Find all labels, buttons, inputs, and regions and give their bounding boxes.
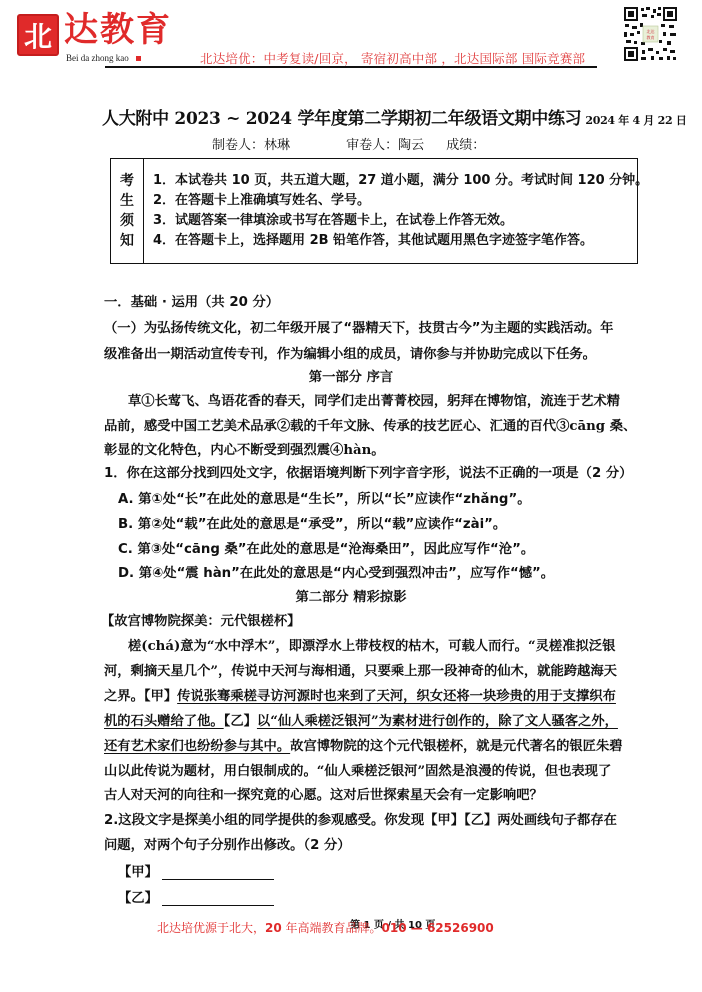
exam-title-text: 人大附中 2023 ~ 2024 学年度第二学期初二年级语文期中练习 <box>102 109 581 129</box>
article-text: 【乙】 <box>224 714 257 729</box>
score-label: 成绩： <box>446 134 485 153</box>
exam-title: 人大附中 2023 ~ 2024 学年度第二学期初二年级语文期中练习2024 年… <box>102 104 687 129</box>
answer-blank-jia[interactable]: 【甲】 <box>118 861 274 880</box>
question-1-option-a: A. 第①处“长”在此处的意思是“生长”，所以“长”应读作“zhǎng”。 <box>118 488 531 507</box>
underlined-sentence-jia: 机的石头赠给了他。 <box>104 714 224 729</box>
answer-line[interactable] <box>162 865 274 880</box>
svg-text:北达: 北达 <box>647 28 655 34</box>
logo-mark: 北 <box>17 14 59 56</box>
article-text: 之界。【甲】 <box>104 689 177 704</box>
intro-line: （一）为弘扬传统文化，初二年级开展了“器精天下，技贯古今”为主题的实践活动。年 <box>104 317 613 336</box>
part1-title: 第一部分 序言 <box>0 366 702 385</box>
notice-list: 1．本试卷共 10 页，共五道大题，27 道小题，满分 100 分。考试时间 1… <box>153 171 648 251</box>
article-line: 槎(chá)意为“水中浮木”，即漂浮水上带枝杈的枯木，可载人而行。“灵槎准拟泛银 <box>128 635 615 654</box>
article-text: 故宫博物院的这个元代银槎杯，就是元代著名的银匠朱碧 <box>290 739 622 754</box>
question-1-option-c: C. 第③处“cāng 桑”在此处的意思是“沧海桑田”，因此应写作“沧”。 <box>118 538 534 557</box>
notice-side-label: 考 生 须 知 <box>111 159 144 263</box>
question-2-stem: 2.这段文字是探美小组的同学提供的参观感受。你发现【甲】【乙】两处画线句子都存在 <box>104 809 617 828</box>
underlined-sentence-jia: 传说张骞乘槎寻访河源时也来到了天河，织女还将一块珍贵的用于支撑织布 <box>177 689 616 704</box>
article-line: 机的石头赠给了他。【乙】以“仙人乘槎泛银河”为素材进行创作的，除了文人骚客之外， <box>104 710 618 729</box>
article-line: 之界。【甲】传说张骞乘槎寻访河源时也来到了天河，织女还将一块珍贵的用于支撑织布 <box>104 685 616 704</box>
exam-authors: 制卷人：林琳 审卷人：陶云 成绩： <box>212 134 485 153</box>
answer-label: 【甲】 <box>118 865 158 880</box>
underlined-sentence-yi: 还有艺术家们也纷纷参与其中。 <box>104 739 290 754</box>
notice-side-char: 须 <box>111 211 143 231</box>
part2-title: 第二部分 精彩掠影 <box>0 586 702 605</box>
article-title: 【故宫博物院探美：元代银槎杯】 <box>101 610 300 629</box>
reviewer-label: 审卷人：陶云 <box>346 134 442 153</box>
logo-subtitle: Bei da zhong kao <box>66 53 129 63</box>
answer-line[interactable] <box>162 891 274 906</box>
underlined-sentence-yi: 以“仙人乘槎泛银河”为素材进行创作的，除了文人骚客之外， <box>257 714 618 729</box>
logo-name: 达教育 <box>64 10 172 50</box>
question-1-stem: 1．你在这部分找到四处文字，依据语境判断下列字音字形，说法不正确的一项是（2 分… <box>104 462 632 481</box>
footer-brand: 北达培优源于北大，20 年高端教育品牌。010 — 62526900 <box>157 919 494 936</box>
svg-text:教育: 教育 <box>647 34 655 40</box>
logo-char: 北 <box>24 15 52 55</box>
notice-side-char: 考 <box>111 171 143 191</box>
article-line: 古人对天河的向往和一探究竟的心愿。这对后世探索星天会有一定影响吧？ <box>104 784 543 803</box>
article-line: 河，剩摘天星几个”，传说中天河与海相通，只要乘上那一段神奇的仙木，就能跨越海天 <box>104 660 617 679</box>
footer-brand-text: 北达培优源于北大， <box>157 921 265 935</box>
author-label: 制卷人：林琳 <box>212 134 342 153</box>
section-heading: 一．基础 · 运用（共 20 分） <box>104 291 279 310</box>
header-divider <box>105 66 597 68</box>
article-line: 还有艺术家们也纷纷参与其中。故宫博物院的这个元代银槎杯，就是元代著名的银匠朱碧 <box>104 735 623 754</box>
preface-line: 品前，感受中国工艺美术品承②载的千年文脉、传承的技艺匠心、汇通的百代③cāng … <box>104 415 636 434</box>
notice-item: 3．试题答案一律填涂或书写在答题卡上，在试卷上作答无效。 <box>153 211 648 231</box>
qr-code-icon: 北达 教育 <box>623 6 678 62</box>
header-slogan: 北达培优：中考复读/回京， 寄宿初高中部 ，北达国际部 国际竞赛部 <box>200 49 585 67</box>
article-line: 山以此传说为题材，用白银制成的。“仙人乘槎泛银河”固然是浪漫的传说，但也表现了 <box>104 760 611 779</box>
answer-blank-yi[interactable]: 【乙】 <box>118 887 274 906</box>
notice-side-char: 知 <box>111 231 143 251</box>
question-1-option-b: B. 第②处“载”在此处的意思是“承受”，所以“载”应读作“zài”。 <box>118 513 506 532</box>
exam-notice-box: 考 生 须 知 1．本试卷共 10 页，共五道大题，27 道小题，满分 100 … <box>110 158 638 264</box>
notice-item: 1．本试卷共 10 页，共五道大题，27 道小题，满分 100 分。考试时间 1… <box>153 171 648 191</box>
notice-item: 2．在答题卡上准确填写姓名、学号。 <box>153 191 648 211</box>
preface-line: 草①长莺飞、鸟语花香的春天，同学们走出菁菁校园，躬拜在博物馆，流连于艺术精 <box>128 390 620 409</box>
notice-side-char: 生 <box>111 191 143 211</box>
preface-line: 彰显的文化特色，内心不断受到强烈震④hàn。 <box>104 439 385 458</box>
exam-date: 2024 年 4 月 22 日 <box>585 114 686 127</box>
intro-line: 级准备出一期活动宣传专刊，作为编辑小组的成员，请你参与并协助完成以下任务。 <box>104 343 596 362</box>
notice-item: 4．在答题卡上，选择题用 2B 铅笔作答，其他试题用黑色字迹签字笔作答。 <box>153 231 648 251</box>
footer-brand-years: 20 <box>265 921 282 935</box>
answer-label: 【乙】 <box>118 891 158 906</box>
footer-phone: 010 — 62526900 <box>382 921 494 935</box>
logo-dot-icon <box>136 56 141 61</box>
question-2-stem: 问题，对两个句子分别作出修改。（2 分） <box>104 834 351 853</box>
question-1-option-d: D. 第④处“震 hàn”在此处的意思是“内心受到强烈冲击”，应写作“憾”。 <box>118 562 554 581</box>
footer-brand-text: 年高端教育品牌。 <box>282 921 382 935</box>
